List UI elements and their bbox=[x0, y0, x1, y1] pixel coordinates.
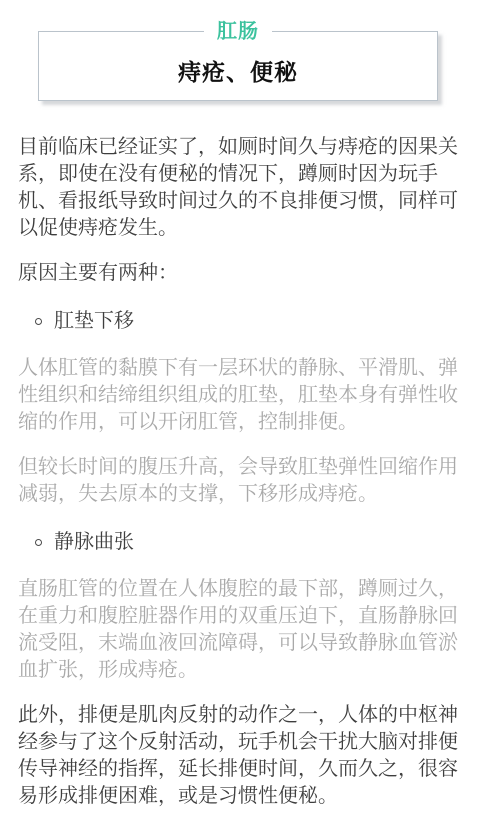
reasons-lead-paragraph: 原因主要有两种： bbox=[18, 260, 463, 287]
section-paragraph: 但较长时间的腹压升高，会导致肛垫弹性回缩作用减弱，失去原本的支撑，下移形成痔疮。 bbox=[18, 454, 463, 508]
category-label: 肛肠 bbox=[204, 21, 272, 43]
section-paragraph: 人体肛管的黏膜下有一层环状的静脉、平滑肌、弹性组织和结缔组织组成的肛垫，肛垫本身… bbox=[18, 355, 463, 436]
section-paragraph: 直肠肛管的位置在人体腹腔的最下部，蹲厕过久，在重力和腹腔脏器作用的双重压迫下，直… bbox=[18, 576, 463, 684]
intro-paragraph: 目前临床已经证实了，如厕时间久与痔疮的因果关系，即使在没有便秘的情况下，蹲厕时因… bbox=[18, 134, 463, 242]
article-title-box: 肛肠 痔疮、便秘 bbox=[38, 31, 438, 101]
circle-bullet-icon bbox=[35, 318, 42, 325]
section-heading: 肛垫下移 bbox=[54, 308, 134, 335]
section-heading: 静脉曲张 bbox=[54, 529, 134, 556]
circle-bullet-icon bbox=[35, 539, 42, 546]
conclusion-paragraph: 此外，排便是肌肉反射的动作之一，人体的中枢神经参与了这个反射活动，玩手机会干扰大… bbox=[18, 702, 463, 810]
list-item: 肛垫下移 bbox=[18, 308, 463, 335]
article-body: 目前临床已经证实了，如厕时间久与痔疮的因果关系，即使在没有便秘的情况下，蹲厕时因… bbox=[0, 101, 480, 810]
list-item: 静脉曲张 bbox=[18, 529, 463, 556]
